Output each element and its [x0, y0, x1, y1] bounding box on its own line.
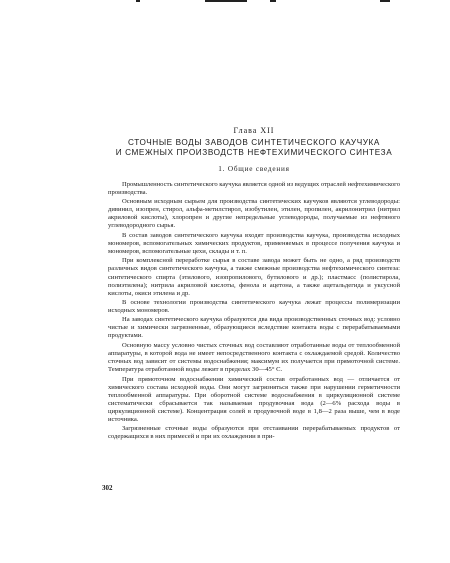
- paragraph: Основную массу условно чистых сточных во…: [108, 342, 400, 374]
- page-number: 302: [102, 484, 113, 492]
- section-title: 1. Общие сведения: [108, 165, 400, 173]
- scan-edge-artifacts: [0, 0, 450, 3]
- paragraph: В основе технологии производства синтети…: [108, 299, 400, 315]
- paragraph: Промышленность синтетического каучука яв…: [108, 181, 400, 197]
- scan-artifact-mark: [380, 0, 390, 2]
- chapter-title-line-2: И СМЕЖНЫХ ПРОИЗВОДСТВ НЕФТЕХИМИЧЕСКОГО С…: [108, 148, 400, 158]
- scan-artifact-mark: [136, 0, 140, 2]
- scan-artifact-mark: [270, 0, 276, 2]
- document-page: Глава XII СТОЧНЫЕ ВОДЫ ЗАВОДОВ СИНТЕТИЧЕ…: [108, 126, 400, 442]
- paragraph: Загрязненные сточные воды образуются при…: [108, 425, 400, 441]
- paragraph: На заводах синтетического каучука образу…: [108, 316, 400, 340]
- chapter-label: Глава XII: [108, 126, 400, 135]
- paragraph: В состав заводов синтетического каучука …: [108, 232, 400, 256]
- chapter-title: СТОЧНЫЕ ВОДЫ ЗАВОДОВ СИНТЕТИЧЕСКОГО КАУЧ…: [108, 138, 400, 158]
- paragraph: При комплексной переработке сырья в сост…: [108, 257, 400, 297]
- paragraph: Основным исходным сырьем для производств…: [108, 198, 400, 230]
- body-text: Промышленность синтетического каучука яв…: [108, 181, 400, 441]
- scan-artifact-mark: [205, 0, 247, 2]
- paragraph: При прямоточном водоснабжении химический…: [108, 376, 400, 424]
- chapter-title-line-1: СТОЧНЫЕ ВОДЫ ЗАВОДОВ СИНТЕТИЧЕСКОГО КАУЧ…: [108, 138, 400, 148]
